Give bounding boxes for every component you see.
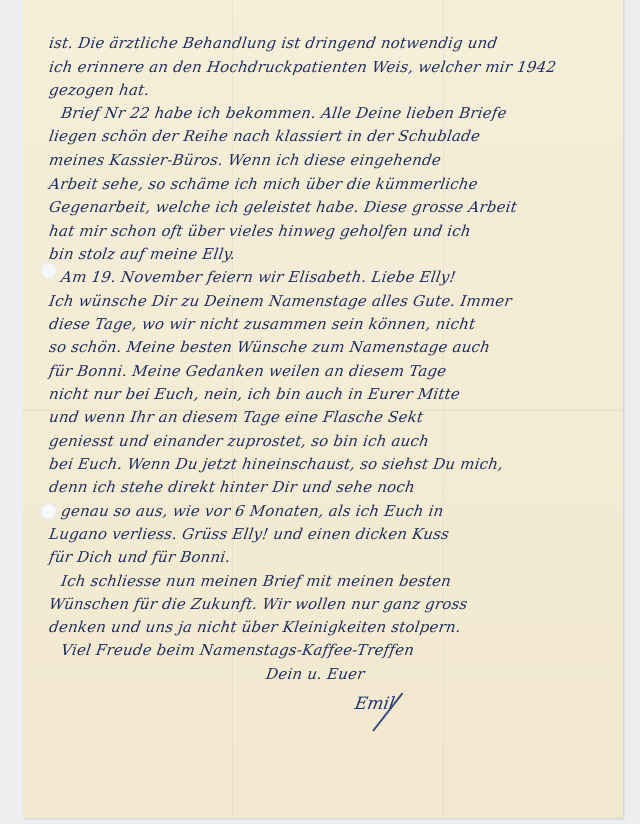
letter-line: liegen schön der Reihe nach klassiert in… bbox=[48, 127, 481, 145]
letter-line: Gegenarbeit, welche ich geleistet habe. … bbox=[48, 198, 518, 216]
letter-line: nicht nur bei Euch, nein, ich bin auch i… bbox=[48, 385, 461, 403]
letter-line: und wenn Ihr an diesem Tage eine Flasche… bbox=[48, 408, 425, 426]
letter-line: bin stolz auf meine Elly. bbox=[48, 245, 237, 263]
letter-line: Ich wünsche Dir zu Deinem Namenstage all… bbox=[48, 292, 513, 310]
letter-line: gezogen hat. bbox=[48, 81, 151, 99]
vertical-fold-right bbox=[443, 0, 445, 818]
letter-line: ich erinnere an den Hochdruckpatienten W… bbox=[48, 58, 557, 76]
letter-line: Dein u. Euer bbox=[265, 665, 366, 683]
letter-line: für Bonni. Meine Gedanken weilen an dies… bbox=[48, 362, 448, 380]
letter-line: meines Kassier-Büros. Wenn ich diese ein… bbox=[48, 151, 442, 169]
letter-line: geniesst und einander zuprostet, so bin … bbox=[48, 432, 430, 450]
letter-line: Ich schliesse nun meinen Brief mit meine… bbox=[60, 572, 452, 590]
punch-hole-upper bbox=[40, 262, 57, 279]
letter-line: so schön. Meine besten Wünsche zum Namen… bbox=[48, 338, 491, 356]
letter-line: Lugano verliess. Grüss Elly! und einen d… bbox=[48, 525, 450, 543]
letter-line: denn ich stehe direkt hinter Dir und seh… bbox=[48, 478, 416, 496]
letter-line: Am 19. November feiern wir Elisabeth. Li… bbox=[60, 268, 457, 286]
letter-line: ist. Die ärztliche Behandlung ist dringe… bbox=[48, 34, 499, 52]
letter-page: ist. Die ärztliche Behandlung ist dringe… bbox=[23, 0, 623, 818]
letter-line: diese Tage, wo wir nicht zusammen sein k… bbox=[48, 315, 477, 333]
letter-line: bei Euch. Wenn Du jetzt hineinschaust, s… bbox=[48, 455, 504, 473]
letter-line: genau so aus, wie vor 6 Monaten, als ich… bbox=[60, 502, 445, 520]
punch-hole-lower bbox=[40, 503, 57, 520]
letter-line: Wünschen für die Zukunft. Wir wollen nur… bbox=[48, 595, 469, 613]
letter-line: Viel Freude beim Namenstags-Kaffee-Treff… bbox=[60, 641, 415, 659]
letter-line: denken und uns ja nicht über Kleinigkeit… bbox=[48, 618, 462, 636]
scanned-letter: ist. Die ärztliche Behandlung ist dringe… bbox=[0, 0, 640, 824]
letter-line: Brief Nr 22 habe ich bekommen. Alle Dein… bbox=[60, 104, 508, 122]
letter-line: hat mir schon oft über vieles hinweg geh… bbox=[48, 222, 472, 240]
letter-line: Arbeit sehe, so schäme ich mich über die… bbox=[48, 175, 479, 193]
letter-line: für Dich und für Bonni. bbox=[48, 548, 232, 566]
